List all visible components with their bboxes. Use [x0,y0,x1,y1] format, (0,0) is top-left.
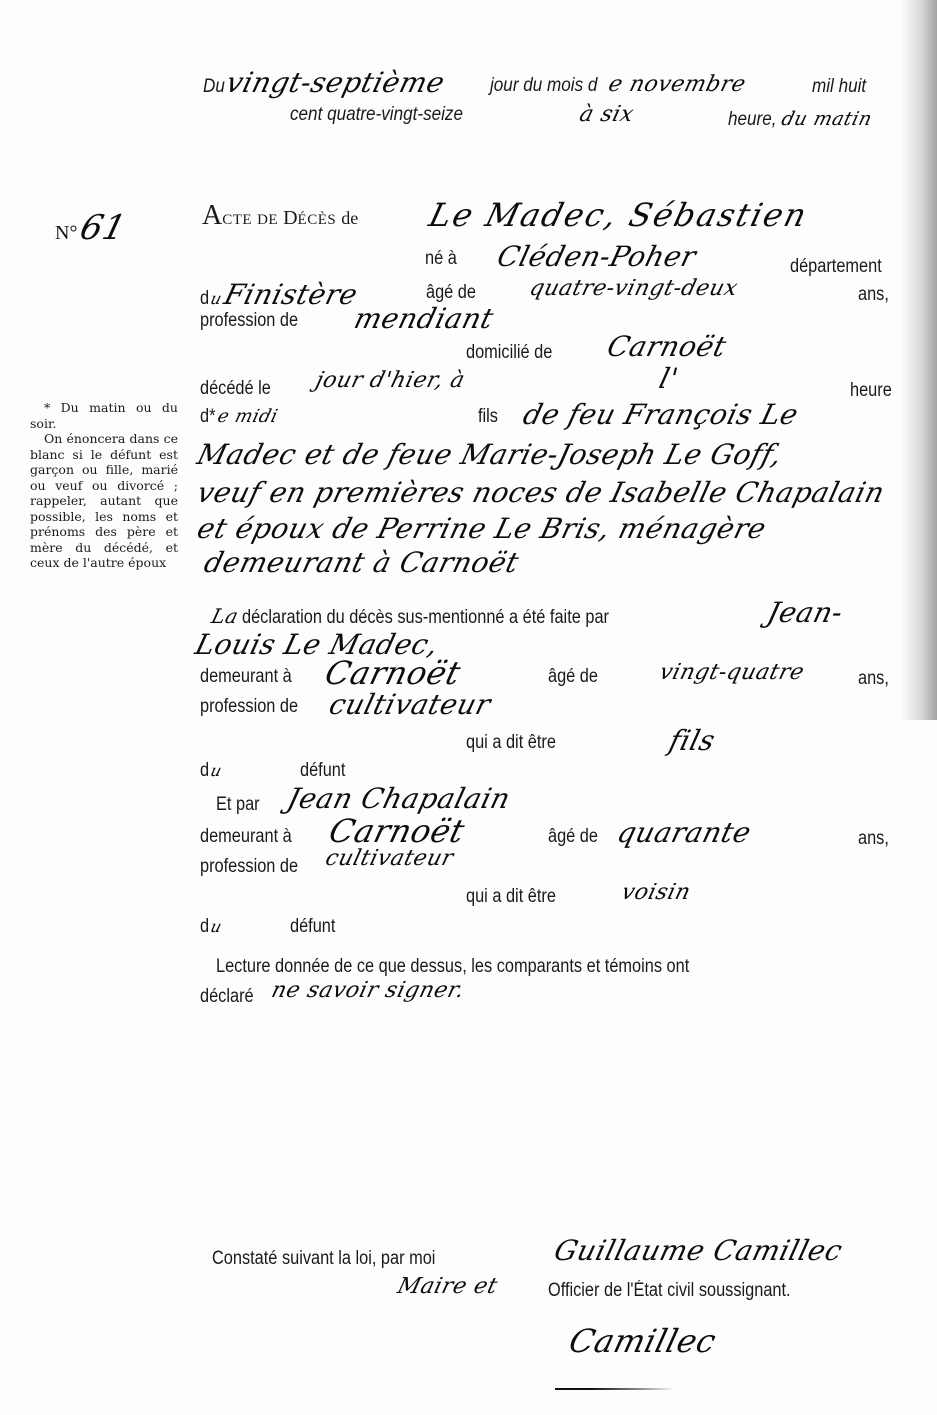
declarant2-ans: ans, [858,828,894,850]
declarant1-defunt: défunt [300,760,353,782]
parents-line-2: Madec et de feue Marie-Joseph Le Goff, [198,438,782,471]
header-month: e novembre [606,72,749,97]
declarant1-name-a: Jean- [768,596,842,629]
birth-place: Cléden-Poher [498,240,696,273]
death-label: décédé le [200,378,282,400]
death-time: l' [660,362,678,395]
profession-label: profession de [200,310,314,332]
domicile-label: domicilié de [466,342,566,364]
declarant1-du: du [200,760,221,782]
acte-title: ACTE DE DÉCÈS de [202,200,358,232]
parents-line-1: de feu François Le [524,398,798,431]
title-a: A [202,200,222,231]
profession-value: mendiant [355,302,493,335]
title-cte: CTE [222,212,252,228]
declarant1-demeurant: Carnoët [326,654,460,692]
number-value: 61 [76,208,130,248]
margin-note-line1: * Du matin ou du soir. [30,400,178,431]
declarant2-defunt: défunt [290,916,343,938]
title-de2: de [341,208,358,228]
header-day: vingt-septième [223,66,448,99]
declarant2-name: Jean Chapalain [288,782,510,815]
declarant1-profession: cultivateur [330,688,490,721]
deceased-name: Le Madec, Sébastien [430,196,807,234]
header-month-label: jour du mois d [490,75,597,97]
header-hour-label: heure, [728,109,776,131]
reading-declare-label: déclaré [200,986,262,1008]
header-period: du matin [779,108,874,130]
parents-line-3: veuf en premières noces de Isabelle Chap… [198,476,884,509]
birth-age: âgé de [426,282,484,304]
declarant1-profession-label: profession de [200,696,314,718]
header-prefix: Du [203,76,225,98]
title-eces: ÉCÈS [298,212,337,228]
declarant2-age-label: âgé de [548,826,606,848]
birth-label: né à [425,248,462,270]
birth-departement: du Finistère [200,278,357,311]
birth-ans: ans, [858,284,894,306]
margin-note-paragraph: On énoncera dans ce blanc si le défunt e… [30,431,178,571]
domicile-value: Carnoët [608,330,726,363]
title-de: DE [257,212,278,228]
header-line-1-mid: jour du mois de novembre [490,72,746,97]
declarant1-demeurant-label: demeurant à [200,666,307,688]
closing-officer: Guillaume Camillec [555,1234,842,1267]
declarant2-et-par: Et par [216,794,267,816]
closing-constate: Constaté suivant la loi, par moi [212,1248,472,1270]
declarant1-age-label: âgé de [548,666,606,688]
document-page: Duvingt-septième jour du mois de novembr… [0,0,937,1415]
declarant1-age: vingt-quatre [660,660,804,685]
declarant2-du: du [200,916,221,938]
header-hour-label-wrap: heure,du matin [728,108,872,131]
declarant1-ans: ans, [858,668,894,690]
declarant1-relation: fils [670,724,715,757]
margin-note: * Du matin ou du soir. On énoncera dans … [30,400,178,571]
header-hour: à six [580,102,633,127]
declarant2-demeurant: Carnoët [330,812,464,850]
fils-label: fils [478,406,501,428]
scan-edge-shadow [901,0,937,720]
declarant1-relation-label: qui a dit être [466,732,571,754]
declaration-line: La déclaration du décès sus-mentionné a … [212,604,669,629]
reading-text: Lecture donnée de ce que dessus, les com… [216,956,766,978]
closing-title: Maire et [398,1274,497,1299]
birth-age-value: quatre-vingt-deux [530,276,737,301]
parents-line-4: et époux de Perrine Le Bris, ménagère [198,512,766,545]
declarant2-profession: cultivateur [326,846,453,871]
header-line-1-end: mil huit [812,76,872,98]
signature: Camillec [570,1322,715,1360]
departement-label: département [790,256,897,278]
number-label: N° [55,222,77,244]
signature-flourish [555,1388,675,1390]
header-hour-value: à six [577,102,637,127]
closing-officer-label: Officier de l'État civil soussignant. [548,1280,830,1302]
title-d: D [283,207,297,229]
death-period: d*e midi [200,406,277,428]
header-line-1: Duvingt-septième [203,66,445,99]
declarant2-age: quarante [618,816,751,849]
declarant2-demeurant-label: demeurant à [200,826,307,848]
declarant2-relation-label: qui a dit être [466,886,571,908]
declarant2-relation: voisin [622,880,690,905]
death-heure-label: heure [850,380,899,402]
parents-line-5: demeurant à Carnoët [205,546,518,579]
header-mil-huit: mil huit [812,76,866,98]
declarant2-profession-label: profession de [200,856,314,878]
header-year: cent quatre-vingt-seize [290,104,463,126]
death-date: jour d'hier, à [316,368,464,393]
document-number: N° 61 [55,208,126,248]
deceased-name-value: Le Madec, Sébastien [425,196,812,234]
header-line-2: cent quatre-vingt-seize [290,104,482,126]
reading-declare: ne savoir signer. [272,978,464,1003]
